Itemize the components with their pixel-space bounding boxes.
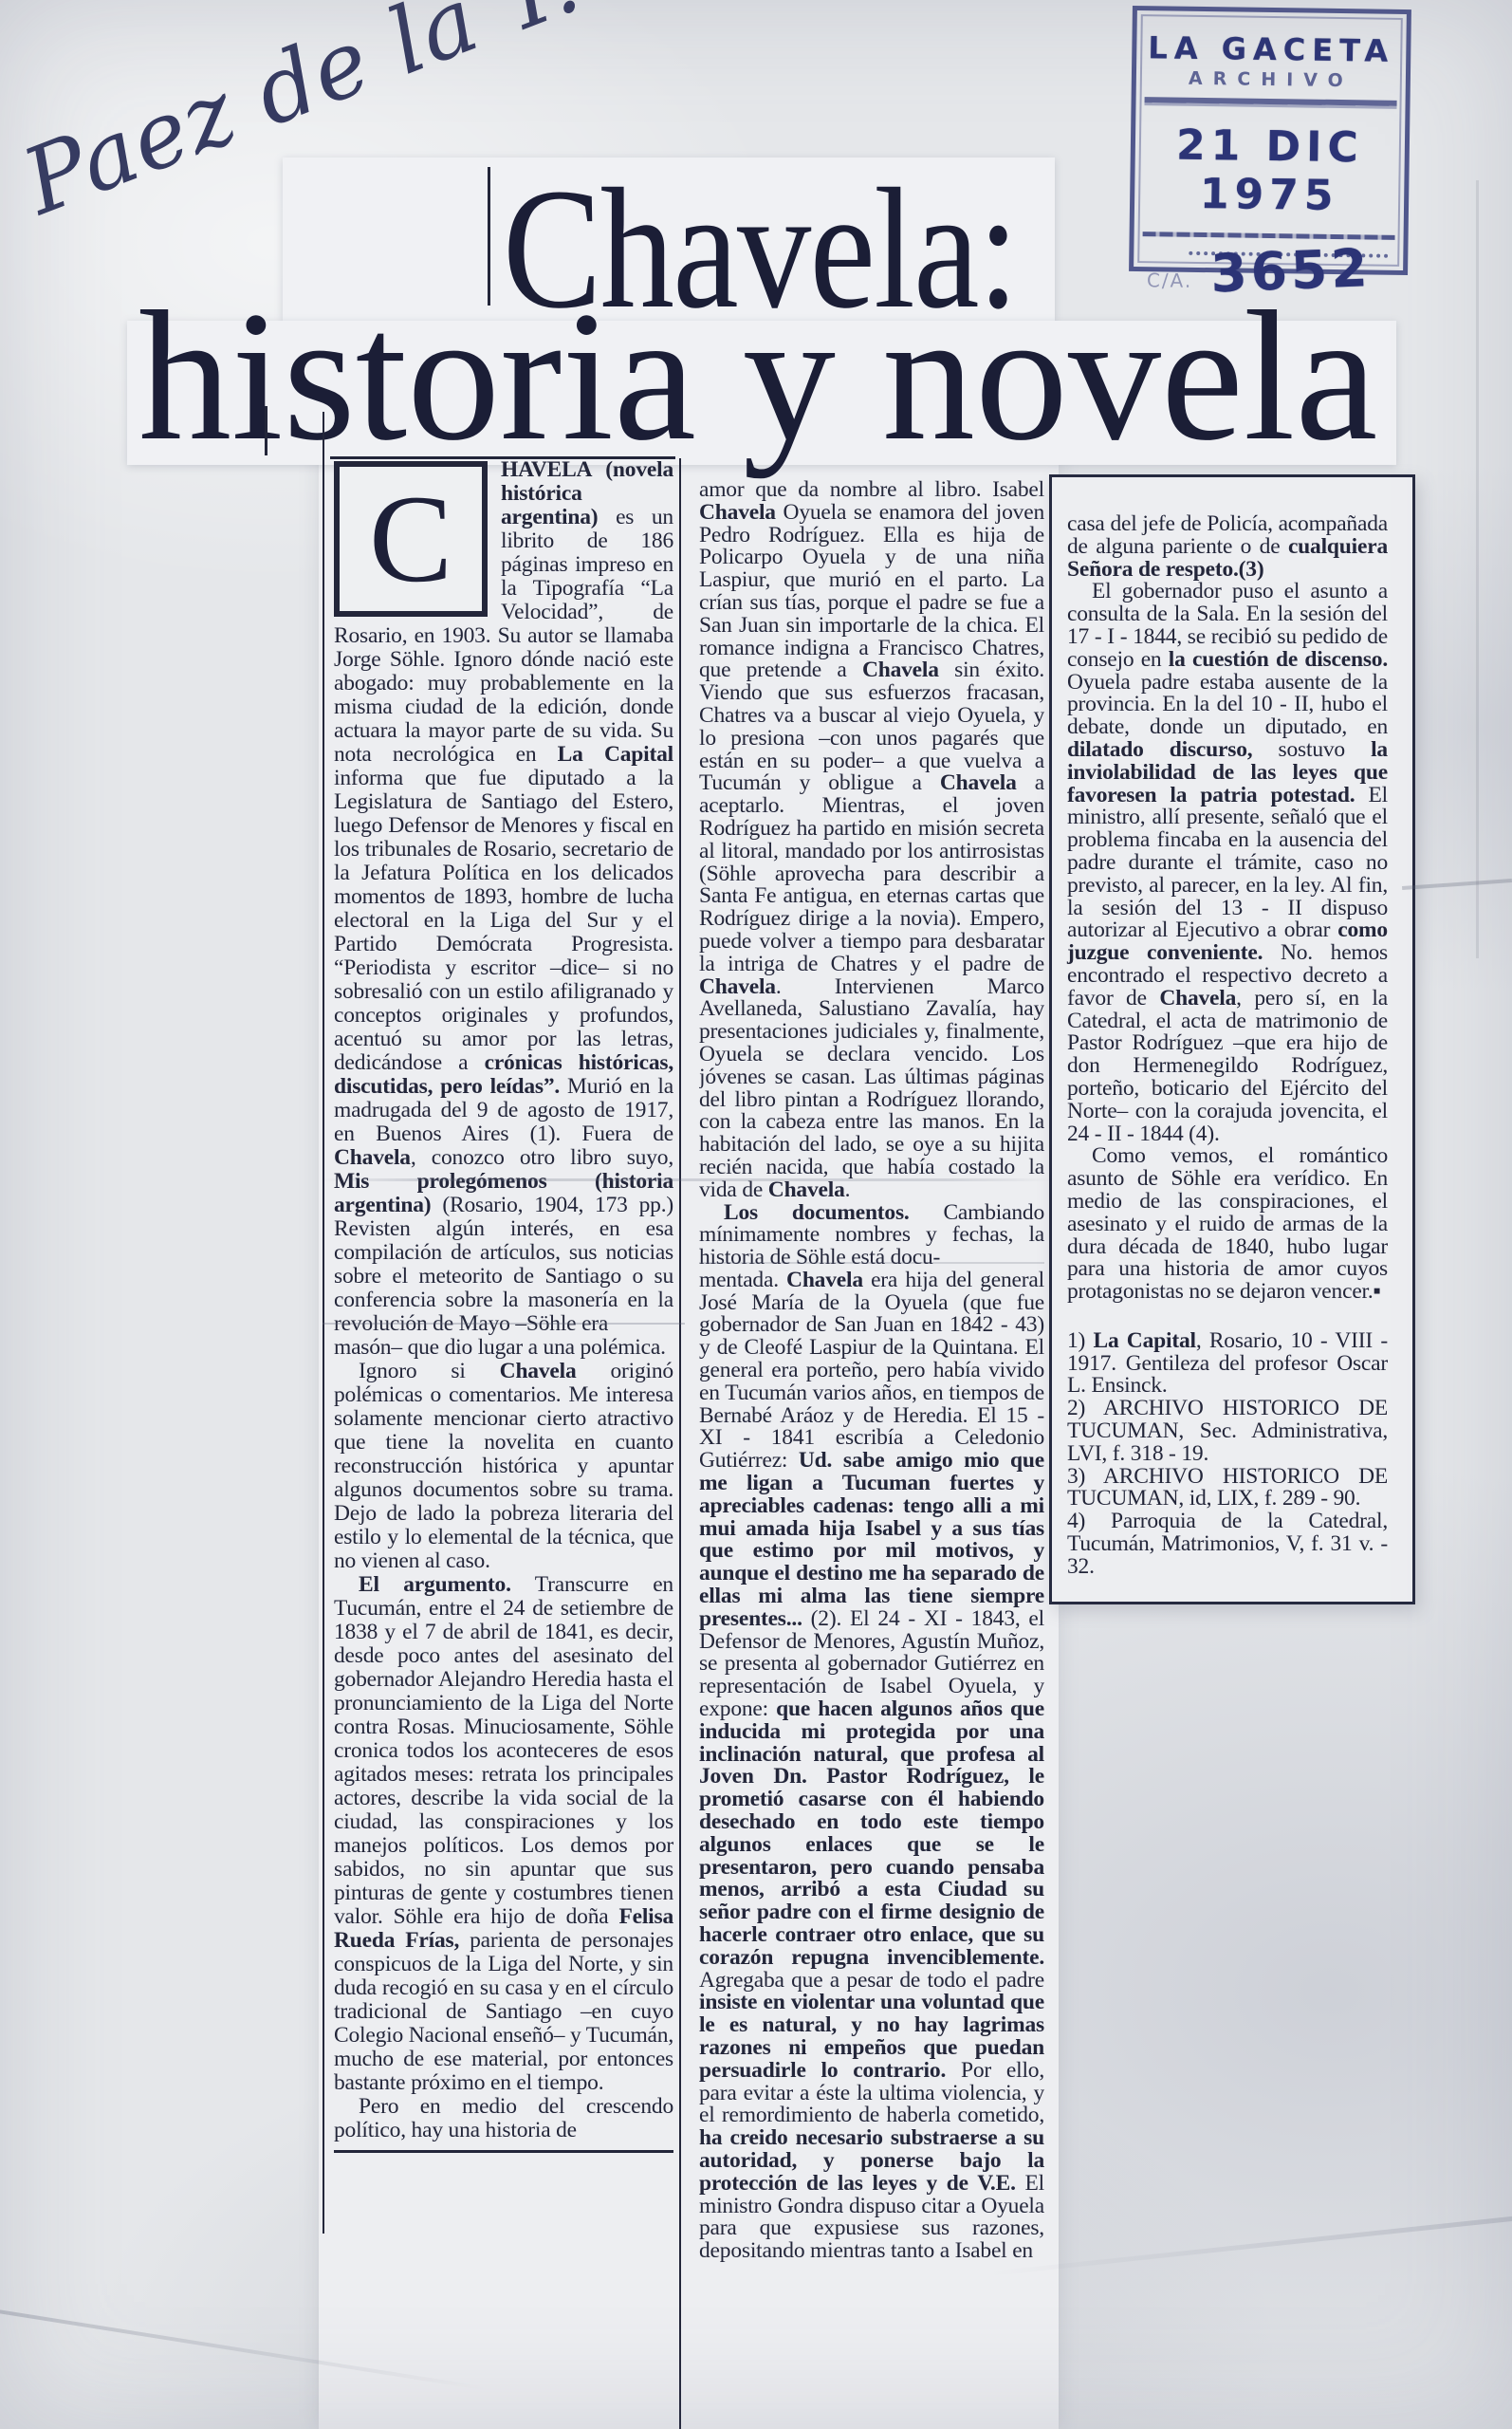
- article-column-3-clipping: casa del jefe de Policía, acompañada de …: [1049, 474, 1415, 1604]
- stamp-date: 21 DIC 1975: [1134, 121, 1405, 221]
- article-column-1: C HAVELA (novela histórica argentina) es…: [334, 458, 673, 2153]
- paper-crease-edge: [1476, 180, 1479, 958]
- paper-crease-right: [1402, 879, 1512, 890]
- column-divider-rule: [679, 458, 681, 2429]
- headline-left-rule: [488, 167, 490, 306]
- archive-stamp: LA GACETA ARCHIVO 21 DIC 1975 C/A. 3652: [1129, 6, 1411, 275]
- drop-cap-box: C: [334, 461, 488, 617]
- drop-cap-letter: C: [369, 476, 452, 602]
- paper-crease-bottom-right: [988, 2207, 1512, 2276]
- column-3-text: casa del jefe de Policía, acompañada de …: [1067, 513, 1388, 1304]
- stamp-archive-label: ARCHIVO: [1136, 67, 1406, 92]
- stamp-newspaper-name: LA GACETA: [1136, 29, 1407, 69]
- footnotes: 1) La Capital, Rosario, 10 - VIII - 1917…: [1067, 1330, 1388, 1579]
- newspaper-clipping-scan: Paez de la T. LA GACETA ARCHIVO 21 DIC 1…: [0, 0, 1512, 2429]
- article-column-2: amor que da nombre al libro. Isabel Chav…: [699, 479, 1044, 2263]
- stamp-divider-top: [1145, 97, 1397, 106]
- clipping-edge-mark: [265, 406, 267, 455]
